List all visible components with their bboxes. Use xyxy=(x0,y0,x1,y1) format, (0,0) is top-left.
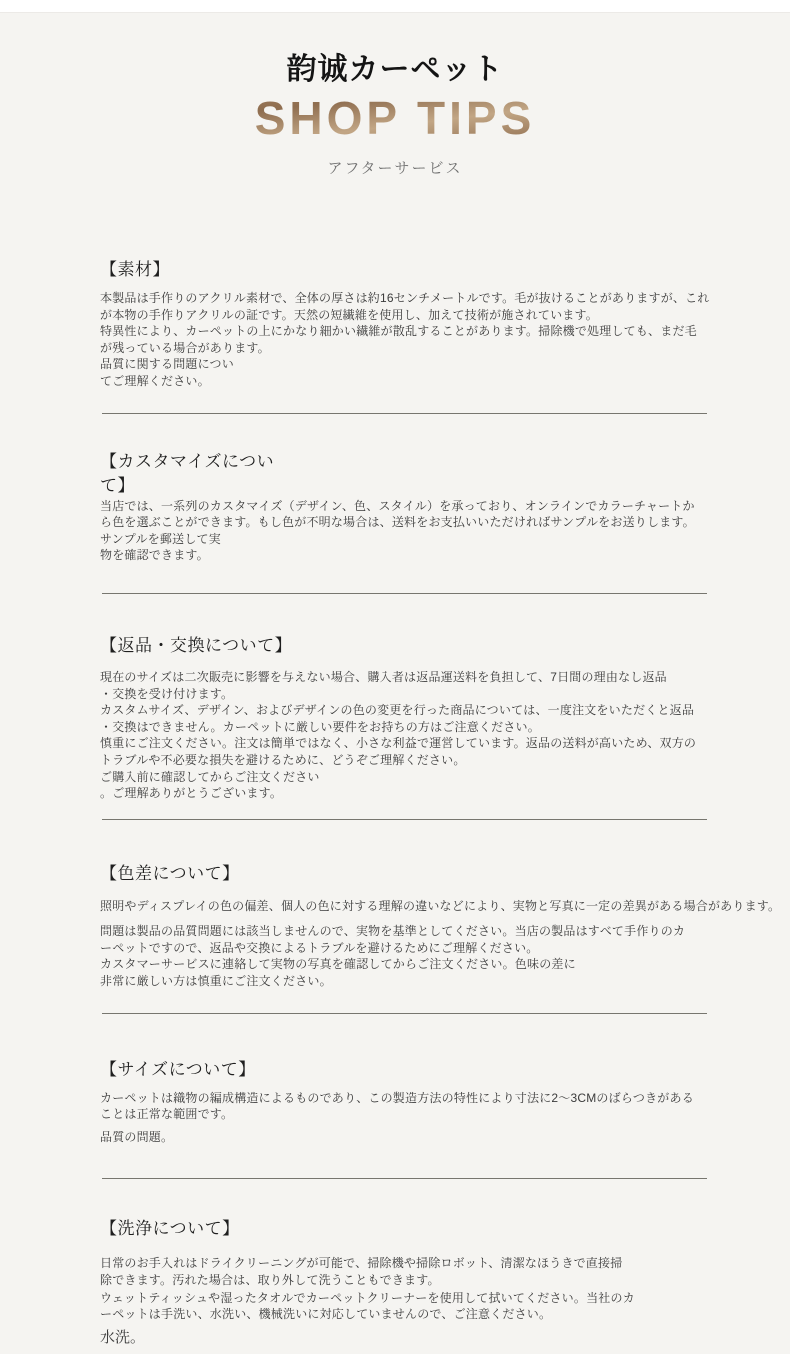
section-material-text: 本製品は手作りのアクリル素材で、全体の厚さは約16センチメートルです。毛が抜ける… xyxy=(100,290,790,390)
top-strip xyxy=(0,0,790,13)
section-washing: 【洗浄について】 日常のお手入れはドライクリーニングが可能で、掃除機や掃除ロボッ… xyxy=(100,1217,790,1347)
content: 【素材】 本製品は手作りのアクリル素材で、全体の厚さは約16センチメートルです。… xyxy=(0,258,790,1354)
after-service-subtitle: アフターサービス xyxy=(0,159,790,179)
section-returns: 【返品・交換について】 現在のサイズは二次販売に影響を与えない場合、購入者は返品… xyxy=(100,634,790,802)
section-size-text-1: カーペットは織物の編成構造によるものであり、この製造方法の特性により寸法に2〜3… xyxy=(100,1090,790,1123)
divider xyxy=(102,819,707,820)
section-size-text-2: 品質の問題。 xyxy=(100,1129,790,1146)
section-material-heading: 【素材】 xyxy=(100,258,790,282)
section-customize-heading: 【カスタマイズについ て】 xyxy=(100,450,790,498)
section-customize: 【カスタマイズについ て】 当店では、一系列のカスタマイズ（デザイン、色、スタイ… xyxy=(100,450,790,564)
section-material: 【素材】 本製品は手作りのアクリル素材で、全体の厚さは約16センチメートルです。… xyxy=(100,258,790,390)
divider xyxy=(102,593,707,594)
shop-title: 韵诚カーペット xyxy=(0,52,790,88)
section-size-heading: 【サイズについて】 xyxy=(100,1058,790,1082)
section-returns-text: 現在のサイズは二次販売に影響を与えない場合、購入者は返品運送料を負担して、7日間… xyxy=(100,669,790,802)
shop-tips-page: 韵诚カーペット SHOP TIPS アフターサービス 【素材】 本製品は手作りの… xyxy=(0,0,790,1354)
section-washing-text-1: 日常のお手入れはドライクリーニングが可能で、掃除機や掃除ロボット、清潔なほうきで… xyxy=(100,1255,790,1288)
section-color-difference-text-1: 照明やディスプレイの色の偏差、個人の色に対する理解の違いなどにより、実物と写真に… xyxy=(100,898,790,915)
section-returns-heading: 【返品・交換について】 xyxy=(100,634,790,658)
shop-tips-logo: SHOP TIPS xyxy=(0,88,790,148)
section-customize-text: 当店では、一系列のカスタマイズ（デザイン、色、スタイル）を承っており、オンライン… xyxy=(100,498,790,564)
section-washing-heading: 【洗浄について】 xyxy=(100,1217,790,1241)
section-washing-note: 水洗。 xyxy=(100,1327,790,1348)
divider xyxy=(102,1178,707,1179)
section-size: 【サイズについて】 カーペットは織物の編成構造によるものであり、この製造方法の特… xyxy=(100,1058,790,1146)
section-color-difference-heading: 【色差について】 xyxy=(100,862,790,886)
section-washing-text-2: ウェットティッシュや湿ったタオルでカーペットクリーナーを使用して拭いてください。… xyxy=(100,1290,790,1323)
section-color-difference: 【色差について】 照明やディスプレイの色の偏差、個人の色に対する理解の違いなどに… xyxy=(100,862,790,990)
divider xyxy=(102,413,707,414)
divider xyxy=(102,1013,707,1014)
section-color-difference-text-2: 問題は製品の品質問題には該当しませんので、実物を基準としてください。当店の製品は… xyxy=(100,923,790,989)
page-header: 韵诚カーペット SHOP TIPS アフターサービス xyxy=(0,52,790,179)
